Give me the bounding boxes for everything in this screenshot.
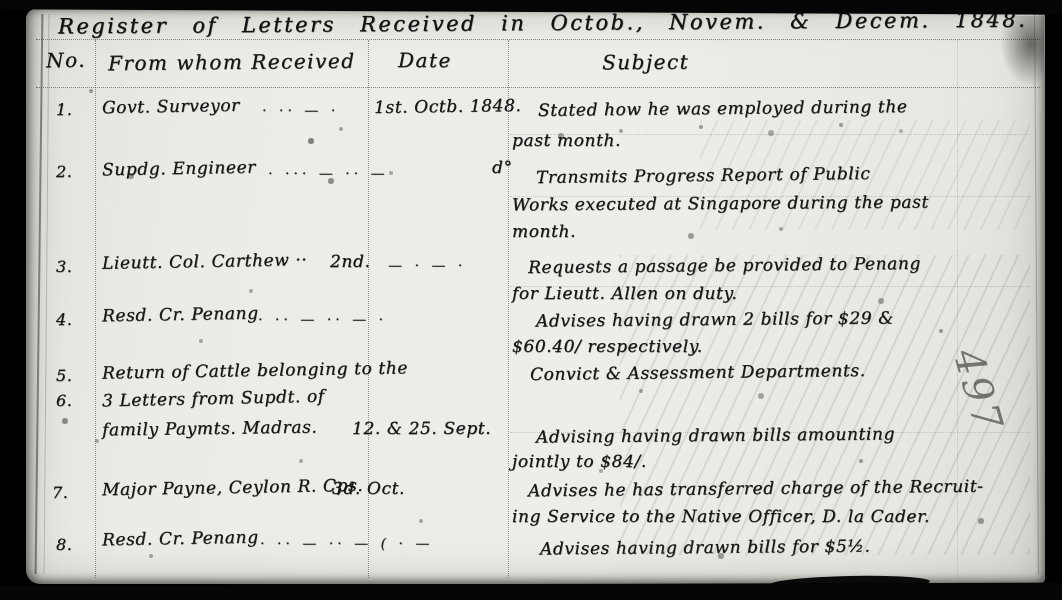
row-from: Resd. Cr. Penang: [102, 304, 259, 327]
header-from: From whom Received: [108, 49, 356, 76]
scanned-ledger-page: { "document": { "title": "Register of Le…: [0, 0, 1062, 600]
row-number: 2.: [56, 162, 72, 181]
row-trail-dashes: · ·· — ·· — ·: [258, 312, 387, 328]
header-date: Date: [398, 48, 452, 72]
row-subject-line: Convict & Assessment Departments.: [530, 361, 866, 385]
right-margin-rule: [957, 40, 958, 578]
row-subject-line: Stated how he was employed during the: [538, 97, 908, 121]
row-subject-line: Transmits Progress Report of Public: [536, 164, 871, 188]
row-subject-line: Advises having drawn bills for $5½.: [540, 537, 871, 560]
row-number: 6.: [56, 391, 72, 410]
row-subject-line: for Lieutt. Allen on duty.: [512, 284, 737, 304]
header-bottom-rule: [36, 87, 1040, 88]
row-subject-line: Advises having drawn 2 bills for $29 &: [536, 308, 894, 331]
row-trail-dashes: · ··· — ·· —: [268, 166, 389, 182]
row-from: Supdg. Engineer: [102, 158, 256, 181]
row-date: 1st. Octb. 1848.: [374, 96, 522, 118]
row-from: Lieutt. Col. Carthew ··: [102, 250, 308, 274]
scan-bottom-border: [0, 583, 1062, 600]
row-subject-line: month.: [512, 222, 576, 242]
row-from: Govt. Surveyor: [102, 96, 240, 118]
row-date: 12. & 25. Sept.: [352, 419, 491, 439]
column-divider-subject: [508, 40, 509, 578]
row-subject-line: Requests a passage be provided to Penang: [528, 254, 921, 278]
row-date-trail-dashes: — · — ·: [388, 258, 466, 274]
row-trail-dashes: · ·· — ·· — ( · —: [260, 536, 433, 552]
row-trail-dashes: · ·· — ·: [262, 103, 339, 119]
row-subject-line: Advising having drawn bills amounting: [536, 424, 895, 447]
header-no: No.: [46, 48, 86, 73]
row-number: 8.: [56, 535, 72, 554]
row-number: 1.: [56, 100, 72, 119]
row-subject-line: $60.40/ respectively.: [512, 337, 703, 357]
row-date: 2nd.: [330, 252, 370, 272]
row-date-ditto: d°: [492, 158, 513, 178]
row-number: 3.: [56, 257, 72, 276]
row-subject-line: past month.: [512, 131, 621, 151]
column-divider-no: [95, 40, 96, 578]
row-date: 3d. Oct.: [332, 479, 405, 499]
row-subject-line: ing Service to the Native Officer, D. la…: [512, 507, 930, 527]
header-top-rule: [36, 39, 1040, 40]
row-subject-line: jointly to $84/.: [512, 452, 647, 472]
row-number: 4.: [56, 310, 72, 329]
row-number: 5.: [56, 366, 72, 385]
header-subject: Subject: [602, 50, 689, 75]
row-subject-line: Works executed at Singapore during the p…: [512, 193, 929, 216]
row-number: 7.: [52, 483, 68, 502]
row-from: family Paymts. Madras.: [102, 417, 318, 440]
row-from: Resd. Cr. Penang: [102, 528, 259, 551]
